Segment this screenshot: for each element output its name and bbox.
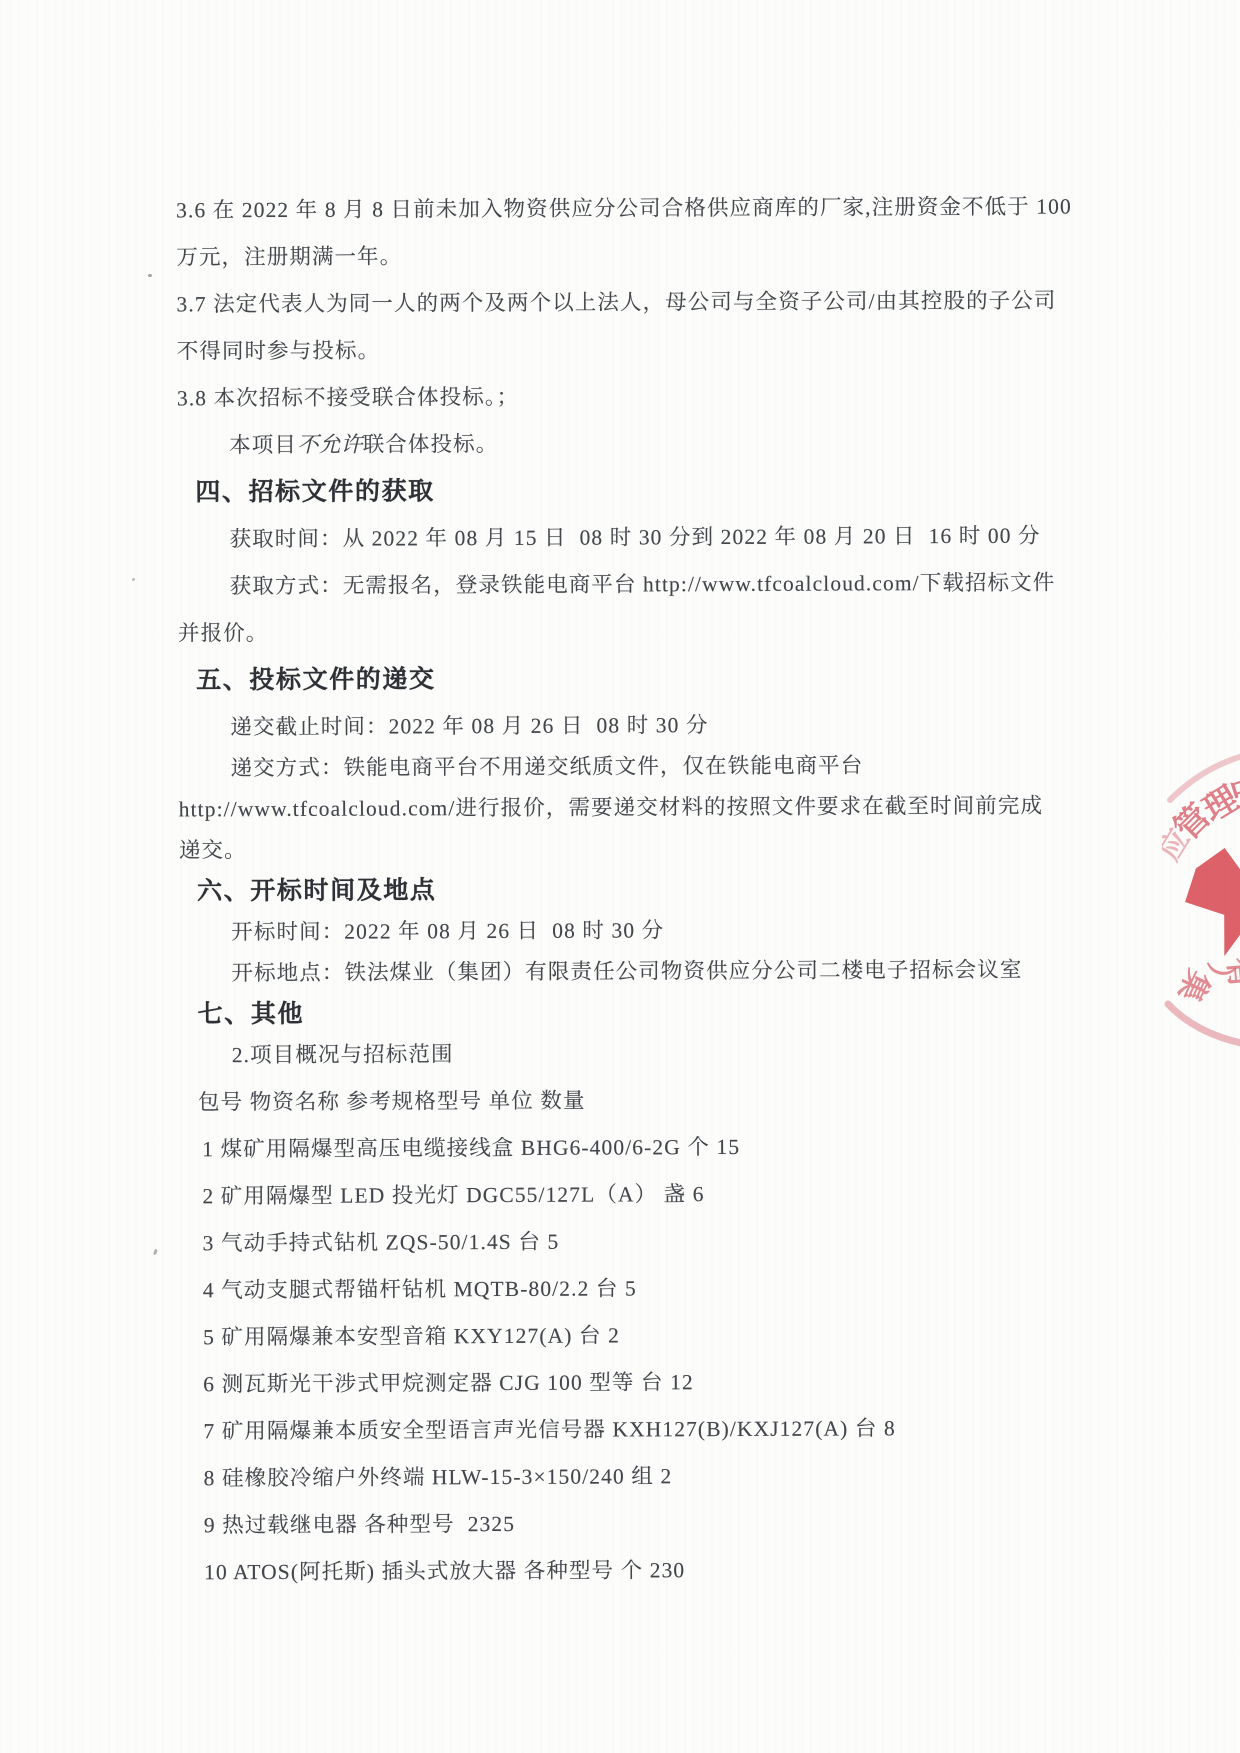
cell-qty: 5 (547, 1230, 559, 1254)
cell-unit: 台 (579, 1324, 602, 1348)
item-row-1: 1 煤矿用隔爆型高压电缆接线盒 BHG6-400/6-2G 个 15 (180, 1129, 1122, 1166)
text-run: 本项目 (229, 433, 297, 457)
cell-no: 8 (204, 1466, 216, 1490)
submit-method-cont1: http://www.tfcoalcloud.com/进行报价，需要递交材料的按… (179, 789, 1121, 826)
stamp-ring-bottom-arc (1168, 1004, 1240, 1048)
cell-qty: 2 (608, 1323, 620, 1347)
cell-no: 1 (202, 1137, 214, 1161)
cell-no: 6 (203, 1372, 215, 1396)
cell-spec: BHG6-400/6-2G (521, 1135, 681, 1160)
text-run: 联合体投标。 (363, 432, 499, 457)
scan-speck (132, 578, 135, 581)
cell-name: 硅橡胶冷缩户外终端 (222, 1465, 426, 1490)
cell-name: 气动支腿式帮锚杆钻机 (221, 1277, 447, 1302)
item-row-10: 10 ATOS(阿托斯) 插头式放大器 各种型号 个 230 (182, 1552, 1124, 1589)
cell-no: 3 (203, 1231, 215, 1255)
item-row-6: 6 测瓦斯光干涉式甲烷测定器 CJG 100 型等 台 12 (181, 1364, 1123, 1401)
cell-spec: KXY127(A) (454, 1324, 573, 1349)
open-place: 开标地点：铁法煤业（集团）有限责任公司物资供应分公司二楼电子招标会议室 (179, 953, 1121, 990)
item-row-9: 9 热过载继电器 各种型号 2325 (182, 1505, 1124, 1542)
item-row-4: 4 气动支腿式帮锚杆钻机 MQTB-80/2.2 台 5 (181, 1270, 1123, 1307)
cell-unit: 台 (855, 1416, 878, 1440)
cell-no: 9 (204, 1513, 216, 1537)
cell-no: 5 (203, 1325, 215, 1349)
cell-name: 煤矿用隔爆型高压电缆接线盒 (221, 1136, 515, 1161)
item-row-5: 5 矿用隔爆兼本安型音箱 KXY127(A) 台 2 (181, 1317, 1123, 1354)
document-body: 3.6 在 2022 年 8 月 8 日前未加入物资供应分公司合格供应商库的厂家… (0, 0, 1240, 1604)
stamp-star-icon (1178, 840, 1240, 961)
heading-section-5: 五、投标文件的递交 (178, 660, 1120, 697)
item-row-8: 8 硅橡胶冷缩户外终端 HLW-15-3×150/240 组 2 (182, 1458, 1124, 1495)
cell-name: 测瓦斯光干涉式甲烷测定器 (222, 1371, 493, 1396)
cell-qty: 2325 (461, 1512, 515, 1536)
cell-name: 矿用隔爆型 LED 投光灯 (221, 1183, 460, 1208)
cell-qty: 2 (660, 1464, 672, 1488)
clause-3-7-line1: 3.7 法定代表人为同一人的两个及两个以上法人，母公司与全资子公司/由其控股的子… (176, 284, 1118, 321)
emphasis-text: 不允许 (297, 433, 363, 457)
cell-spec: KXH127(B)/KXJ127(A) (612, 1416, 848, 1441)
cell-name: 矿用隔爆兼本安型音箱 (221, 1324, 447, 1349)
cell-no: 4 (203, 1278, 215, 1302)
cell-no: 7 (203, 1419, 215, 1443)
clause-3-6-line2: 万元，注册期满一年。 (176, 237, 1118, 274)
cell-qty: 6 (693, 1182, 705, 1206)
cell-qty: 5 (625, 1276, 637, 1300)
cell-spec: MQTB-80/2.2 (454, 1277, 590, 1302)
cell-qty: 15 (716, 1135, 740, 1159)
cell-unit: 个 (687, 1135, 710, 1159)
cell-spec: 各种型号 (364, 1512, 455, 1536)
table-header: 包号 物资名称 参考规格型号 单位 数量 (180, 1082, 1122, 1119)
cell-name: 矿用隔爆兼本质安全型语言声光信号器 (222, 1418, 606, 1444)
scanned-document-page: 3.6 在 2022 年 8 月 8 日前未加入物资供应分公司合格供应商库的厂家… (0, 0, 1240, 1753)
cell-unit: 个 (621, 1558, 644, 1582)
item-row-3: 3 气动手持式钻机 ZQS-50/1.4S 台 5 (181, 1223, 1123, 1260)
open-time: 开标时间：2022 年 08 月 26 日 08 时 30 分 (179, 912, 1121, 949)
cell-unit: 盏 (664, 1182, 687, 1206)
cell-qty: 8 (884, 1416, 896, 1440)
submit-method-cont2: 递交。 (179, 830, 1121, 867)
submit-method: 递交方式：铁能电商平台不用递交纸质文件，仅在铁能电商平台 (178, 748, 1120, 785)
cell-name: ATOS(阿托斯) 插头式放大器 (233, 1559, 517, 1584)
cell-name: 气动手持式钻机 (221, 1231, 379, 1256)
cell-spec: DGC55/127L（A） (466, 1182, 657, 1207)
stamp-arc-char: 有 (1222, 956, 1240, 990)
scan-speck (148, 274, 152, 277)
clause-3-6-line1: 3.6 在 2022 年 8 月 8 日前未加入物资供应分公司合格供应商库的厂家… (176, 190, 1118, 227)
cell-qty: 12 (670, 1370, 694, 1394)
item-row-2: 2 矿用隔爆型 LED 投光灯 DGC55/127L（A） 盏 6 (180, 1176, 1122, 1213)
cell-unit: 台 (596, 1276, 619, 1300)
cell-spec: CJG 100 型等 (499, 1370, 634, 1395)
heading-section-6: 六、开标时间及地点 (179, 871, 1121, 908)
cell-spec: 各种型号 (524, 1558, 615, 1582)
cell-unit: 台 (641, 1370, 664, 1394)
cell-spec: ZQS-50/1.4S (386, 1230, 512, 1255)
heading-section-7: 七、其他 (180, 994, 1122, 1031)
cell-name: 热过载继电器 (222, 1513, 358, 1538)
cell-no: 10 (204, 1560, 228, 1584)
red-seal-stamp: 应 管 理 中 集 ） 有 (1162, 742, 1240, 1062)
cell-unit: 台 (518, 1230, 541, 1254)
submit-deadline: 递交截止时间：2022 年 08 月 26 日 08 时 30 分 (178, 707, 1120, 744)
cell-qty: 230 (650, 1558, 686, 1582)
project-scope: 2.项目概况与招标范围 (180, 1035, 1122, 1072)
acquire-time: 获取时间：从 2022 年 08 月 15 日 08 时 30 分到 2022 … (177, 519, 1119, 556)
heading-section-4: 四、招标文件的获取 (177, 472, 1119, 509)
cell-spec: HLW-15-3×150/240 (432, 1464, 625, 1489)
clause-3-8: 3.8 本次招标不接受联合体投标。； (177, 378, 1119, 415)
item-row-7: 7 矿用隔爆兼本质安全型语言声光信号器 KXH127(B)/KXJ127(A) … (181, 1411, 1123, 1448)
cell-no: 2 (202, 1184, 214, 1208)
acquire-method: 获取方式：无需报名，登录铁能电商平台 http://www.tfcoalclou… (178, 566, 1120, 603)
acquire-method-cont: 并报价。 (178, 613, 1120, 650)
cell-unit: 组 (631, 1464, 654, 1488)
clause-3-7-line2: 不得同时参与投标。 (177, 331, 1119, 368)
clause-3-8-note: 本项目不允许联合体投标。 (177, 425, 1119, 462)
